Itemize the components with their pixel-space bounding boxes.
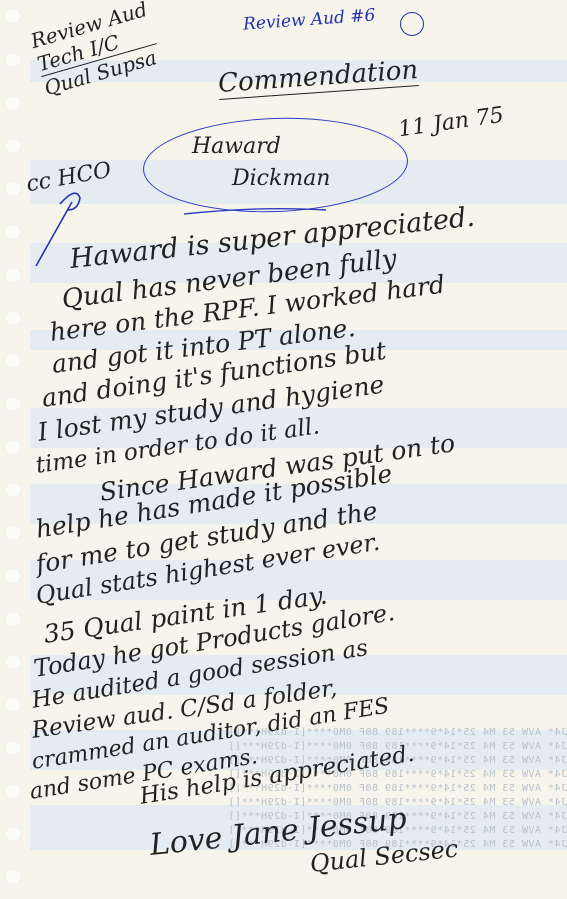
punch-hole: [4, 439, 22, 455]
subject-first-name: Haward: [192, 134, 281, 159]
punch-hole: [4, 224, 22, 240]
punch-hole: [4, 310, 22, 326]
punch-hole: [4, 568, 22, 584]
punch-hole: [4, 267, 22, 283]
punch-hole: [4, 826, 22, 842]
punch-hole: [4, 611, 22, 627]
punch-hole: [4, 482, 22, 498]
punch-hole: [4, 95, 22, 111]
subject-last-name: Dickman: [232, 166, 330, 191]
punch-hole: [4, 697, 22, 713]
punch-hole: [4, 740, 22, 756]
punch-hole: [4, 783, 22, 799]
punch-hole: [4, 181, 22, 197]
punch-hole: [4, 396, 22, 412]
circled-number-mark: [400, 12, 424, 36]
punch-hole: [4, 8, 22, 24]
punch-hole: [4, 138, 22, 154]
punch-hole: [4, 654, 22, 670]
paper-sheet: J4* AVW 53 M4 25*14*9****189 80F 0M0****…: [0, 0, 567, 899]
document-date: 11 Jan 75: [397, 103, 506, 143]
punch-hole: [4, 353, 22, 369]
punch-hole: [4, 525, 22, 541]
punch-hole: [4, 52, 22, 68]
punch-hole: [4, 869, 22, 885]
review-aud-header: Review Aud #6: [242, 5, 376, 34]
routing-note: Review Aud Tech I/C Qual Supsa: [28, 0, 164, 100]
